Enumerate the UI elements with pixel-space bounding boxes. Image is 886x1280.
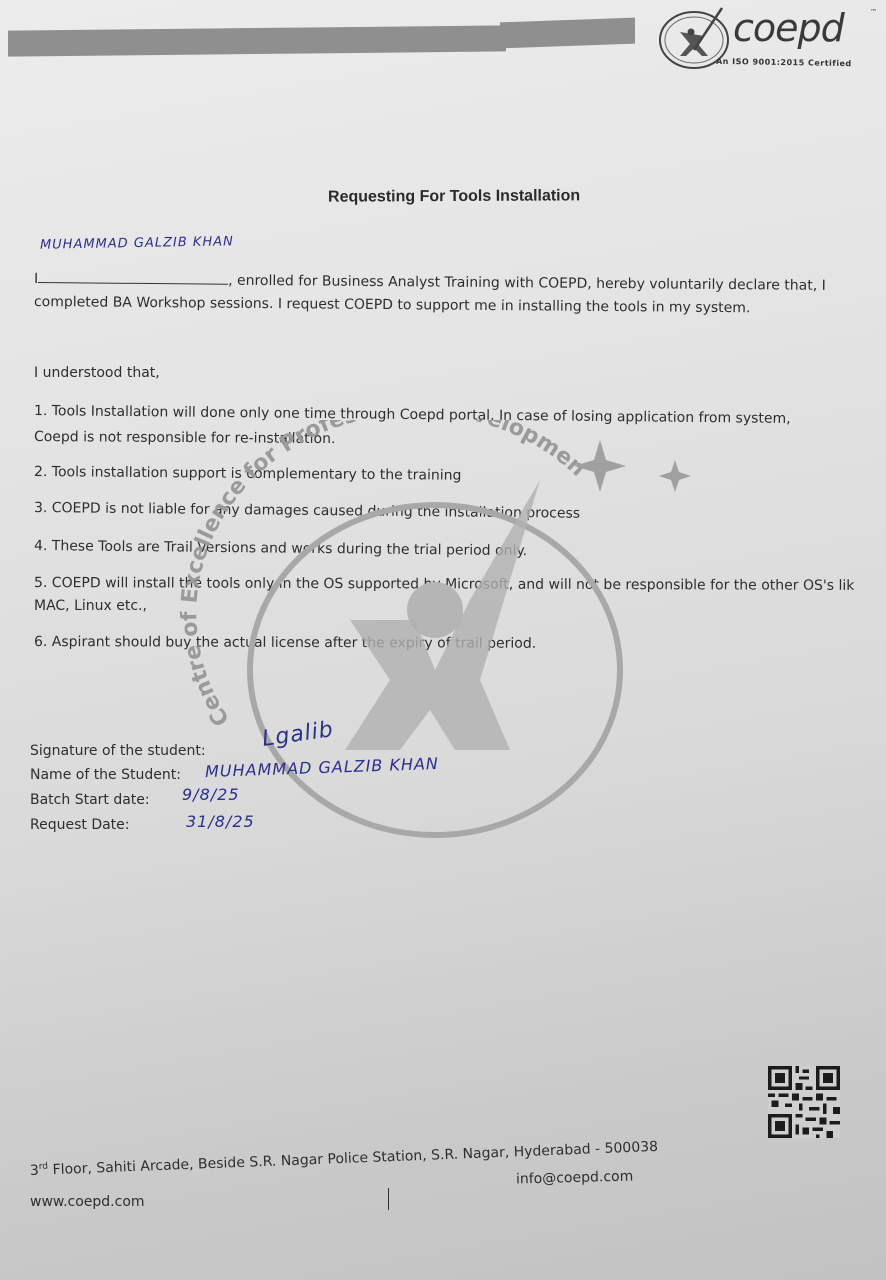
understood-intro: I understood that,: [34, 365, 160, 381]
handwritten-student-name: MUHAMMAD GALZIB KHAN: [40, 234, 234, 252]
term-5-line-1: 5. COEPD will install the tools only in …: [34, 575, 854, 594]
term-6: 6. Aspirant should buy the actual licens…: [34, 634, 536, 652]
request-date-label: Request Date:: [30, 817, 130, 833]
student-signature: Lgalib: [261, 717, 336, 752]
term-1-line-2: Coepd is not responsible for re-installa…: [34, 429, 336, 447]
name-label: Name of the Student:: [30, 767, 181, 783]
footer-email[interactable]: info@coepd.com: [516, 1168, 634, 1187]
header-bar-end: [500, 18, 635, 49]
term-3: 3. COEPD is not liable for any damages c…: [34, 500, 580, 522]
term-4: 4. These Tools are Trail Versions and wo…: [34, 538, 527, 559]
footer-website[interactable]: www.coepd.com: [30, 1194, 145, 1210]
request-date-value: 31/8/25: [186, 812, 255, 831]
term-5-line-2: MAC, Linux etc.,: [34, 598, 147, 614]
footer-divider: [388, 1188, 389, 1210]
header-bar: [8, 25, 506, 56]
brand-wordmark: coepd: [733, 6, 844, 50]
declaration-line-1: I, enrolled for Business Analyst Trainin…: [34, 270, 826, 294]
term-1-line-1: 1. Tools Installation will done only one…: [34, 403, 791, 427]
student-name-value: MUHAMMAD GALZIB KHAN: [205, 754, 439, 781]
name-blank: [38, 270, 228, 285]
batch-start-label: Batch Start date:: [30, 792, 150, 808]
document-title: Requesting For Tools Installation: [328, 187, 580, 206]
qr-code: [768, 1066, 840, 1138]
batch-start-value: 9/8/25: [182, 785, 240, 804]
signature-label: Signature of the student:: [30, 743, 206, 759]
declaration-line-2: completed BA Workshop sessions. I reques…: [34, 294, 751, 316]
declaration-text-1: , enrolled for Business Analyst Training…: [228, 273, 826, 294]
address-superscript: rd: [39, 1161, 49, 1171]
trademark: ™: [870, 8, 877, 16]
term-2: 2. Tools installation support is complem…: [34, 464, 462, 484]
